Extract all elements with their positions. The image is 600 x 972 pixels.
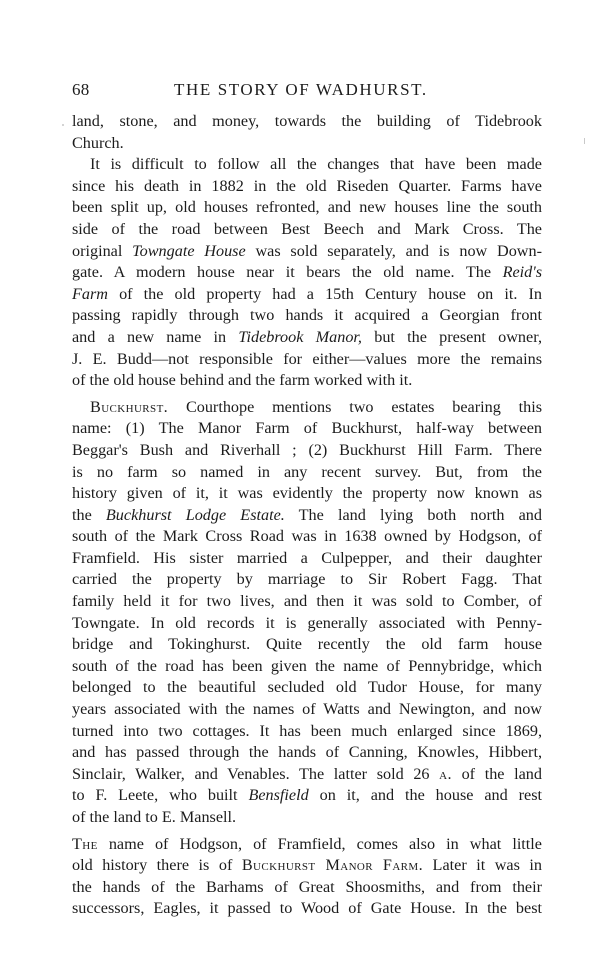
text-run: of the old property had a 15th Century h… xyxy=(108,285,542,303)
text-run: the xyxy=(72,506,106,524)
text-line: bridge and Tokinghurst. Quite recently t… xyxy=(72,634,542,656)
italic-name-tidebrook-manor: Tidebrook Manor, xyxy=(238,328,362,346)
italic-name-buckhurst-lodge-estate: Buckhurst Lodge Estate. xyxy=(106,506,285,524)
text-line: old history there is of Buckhurst Manor … xyxy=(72,855,542,877)
text-line: Buckhurst. Courthope mentions two estate… xyxy=(72,397,542,419)
margin-mark xyxy=(584,138,585,144)
section-heading-the: The xyxy=(72,835,98,853)
text-line: been split up, old houses refronted, and… xyxy=(72,197,542,219)
acres-abbreviation: a. xyxy=(439,765,452,783)
text-run: Courthope mentions two estates bearing t… xyxy=(168,398,542,416)
running-head: 68 THE STORY OF WADHURST. xyxy=(72,80,544,102)
text-line: Framfield. His sister married a Culpeppe… xyxy=(72,548,542,570)
text-run: original xyxy=(72,242,132,260)
text-line: original Towngate House was sold separat… xyxy=(72,241,542,263)
page-number: 68 xyxy=(72,80,90,100)
text-line: the hands of the Barhams of Great Shoosm… xyxy=(72,877,542,899)
text-run: was sold separately, and is now Down- xyxy=(246,242,542,260)
text-line: is no farm so named in any recent survey… xyxy=(72,462,542,484)
running-title: THE STORY OF WADHURST. xyxy=(174,80,428,100)
text-line: It is difficult to follow all the change… xyxy=(72,154,542,176)
text-line: family held it for two lives, and then i… xyxy=(72,591,542,613)
text-line: successors, Eagles, it passed to Wood of… xyxy=(72,898,542,920)
text-run: but the present owner, xyxy=(362,328,542,346)
text-line: gate. A modern house near it bears the o… xyxy=(72,262,542,284)
text-line: since his death in 1882 in the old Rised… xyxy=(72,176,542,198)
text-run: The land lying both north and xyxy=(285,506,542,524)
paragraph-riseden-changes: It is difficult to follow all the change… xyxy=(72,154,542,392)
text-line: Towngate. In old records it is generally… xyxy=(72,613,542,635)
text-line: of the old house behind and the farm wor… xyxy=(72,370,542,392)
text-run: gate. A modern house near it bears the o… xyxy=(72,263,503,281)
text-line: J. E. Budd—not responsible for either—va… xyxy=(72,349,542,371)
text-run: name of Hodgson, of Framfield, comes als… xyxy=(98,835,542,853)
book-page: 68 THE STORY OF WADHURST. land, stone, a… xyxy=(0,0,600,972)
text-line: Beggar's Bush and Riverhall ; (2) Buckhu… xyxy=(72,440,542,462)
paragraph-continuation: land, stone, and money, towards the buil… xyxy=(72,111,542,154)
italic-name-reids: Reid's xyxy=(503,263,542,281)
text-line: Farm of the old property had a 15th Cent… xyxy=(72,284,542,306)
text-line: south of the Mark Cross Road was in 1638… xyxy=(72,526,542,548)
text-run: on it, and the house and rest xyxy=(309,786,542,804)
text-line: belonged to the beautiful secluded old T… xyxy=(72,677,542,699)
text-line: Church. xyxy=(72,133,542,155)
text-run: to F. Leete, who built xyxy=(72,786,248,804)
text-line: carried the property by marriage to Sir … xyxy=(72,569,542,591)
text-run: old history there is of xyxy=(72,856,242,874)
small-caps-buckhurst-manor-farm: Buckhurst Manor Farm. xyxy=(242,856,423,874)
text-line: the Buckhurst Lodge Estate. The land lyi… xyxy=(72,505,542,527)
text-line: The name of Hodgson, of Framfield, comes… xyxy=(72,834,542,856)
scan-speck xyxy=(62,124,64,126)
text-run: and a new name in xyxy=(72,328,238,346)
text-line: years associated with the names of Watts… xyxy=(72,699,542,721)
paragraph-buckhurst: Buckhurst. Courthope mentions two estate… xyxy=(72,397,542,829)
paragraph-hodgson: The name of Hodgson, of Framfield, comes… xyxy=(72,834,542,920)
italic-name-bensfield: Bensfield xyxy=(248,786,308,804)
text-line: passing rapidly through two hands it acq… xyxy=(72,305,542,327)
text-run: Later it was in xyxy=(423,856,542,874)
text-line: history given of it, it was evidently th… xyxy=(72,483,542,505)
body-text: land, stone, and money, towards the buil… xyxy=(72,111,542,920)
text-line: and a new name in Tidebrook Manor, but t… xyxy=(72,327,542,349)
text-line: of the land to E. Mansell. xyxy=(72,807,542,829)
text-line: to F. Leete, who built Bensfield on it, … xyxy=(72,785,542,807)
text-run: of the land xyxy=(452,765,542,783)
text-line: land, stone, and money, towards the buil… xyxy=(72,111,542,133)
section-heading-buckhurst: Buckhurst. xyxy=(90,398,168,416)
italic-name-farm: Farm xyxy=(72,285,108,303)
text-line: south of the road has been given the nam… xyxy=(72,656,542,678)
text-line: and has passed through the hands of Cann… xyxy=(72,742,542,764)
italic-name-towngate-house: Towngate House xyxy=(132,242,246,260)
text-line: name: (1) The Manor Farm of Buckhurst, h… xyxy=(72,418,542,440)
text-line: Sinclair, Walker, and Venables. The latt… xyxy=(72,764,542,786)
text-line: side of the road between Best Beech and … xyxy=(72,219,542,241)
text-line: turned into two cottages. It has been mu… xyxy=(72,721,542,743)
text-run: Sinclair, Walker, and Venables. The latt… xyxy=(72,765,439,783)
